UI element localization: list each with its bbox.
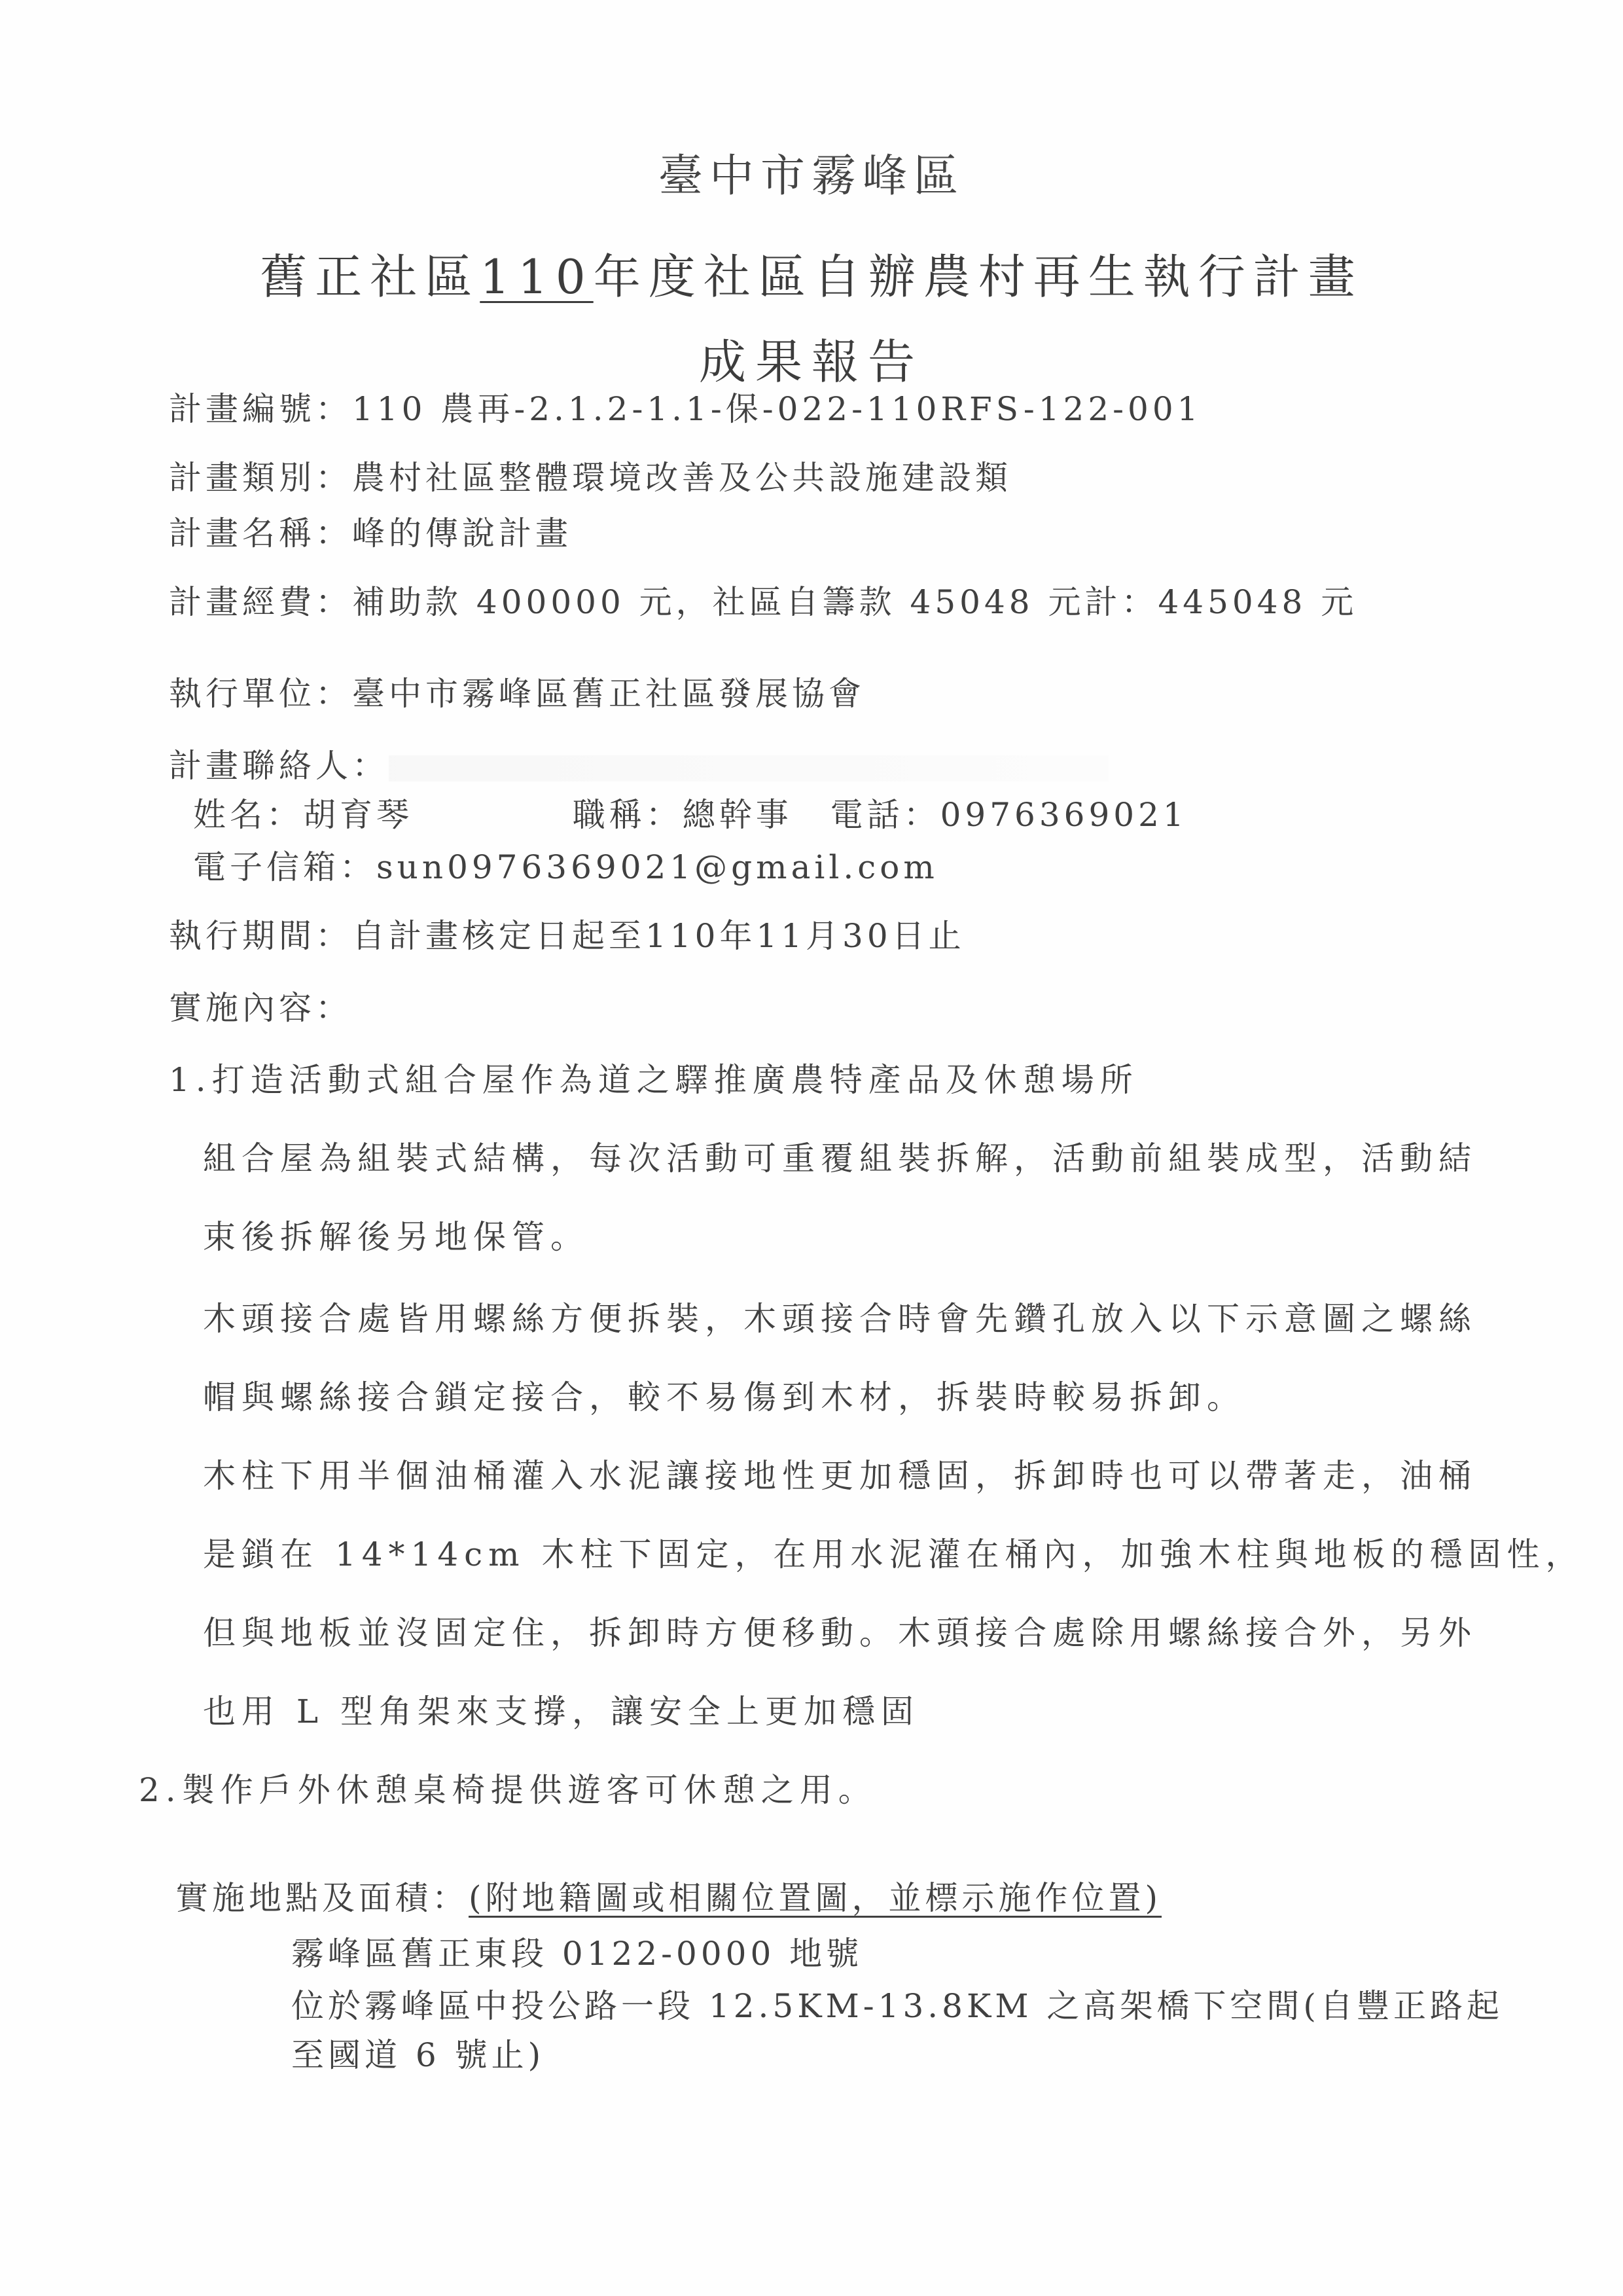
contact-email-label: 電子信箱：: [193, 848, 376, 886]
report-subtitle: 成果報告: [0, 324, 1623, 392]
contact-phone: 0976369021: [940, 796, 1188, 834]
field-plan-category: 計畫類別：農村社區整體環境改善及公共設施建設類: [169, 452, 1012, 499]
plan-budget-value: 補助款 400000 元，社區自籌款 45048 元計：445048 元: [352, 583, 1357, 621]
contact-name: 胡育琴: [303, 796, 413, 834]
redacted-area: [389, 755, 1109, 781]
contact-email-row: 電子信箱：sun0976369021@gmail.com: [193, 841, 938, 888]
location-line: 至國道 6 號止): [291, 2029, 544, 2076]
content-item-1-line: 帽與螺絲接合鎖定接合，較不易傷到木材，拆裝時較易拆卸。: [203, 1371, 1245, 1418]
location-heading: 實施地點及面積：(附地籍圖或相關位置圖，並標示施作位置): [175, 1872, 1162, 1919]
content-item-1-line: 是鎖在 14*14cm 木柱下固定，在用水泥灌在桶內，加強木柱與地板的穩固性，: [203, 1528, 1584, 1575]
title-year: 110: [480, 249, 593, 304]
plan-name-value: 峰的傳說計畫: [352, 514, 572, 552]
location-line: 霧峰區舊正東段 0122-0000 地號: [291, 1928, 863, 1975]
contact-label: 計畫聯絡人：: [169, 747, 389, 785]
plan-category-label: 計畫類別：: [169, 459, 352, 497]
content-item-1-heading: 1.打造活動式組合屋作為道之驛推廣農特產品及休憩場所: [169, 1054, 1139, 1101]
content-item-1-line: 組合屋為組裝式結構，每次活動可重覆組裝拆解，活動前組裝成型，活動結: [203, 1132, 1477, 1179]
contact-title-label: 職稱：: [573, 796, 683, 834]
location-label: 實施地點及面積：: [175, 1879, 469, 1917]
document-page: 臺中市霧峰區 舊正社區110年度社區自辦農村再生執行計畫 成果報告 計畫編號：1…: [0, 0, 1623, 2296]
field-plan-name: 計畫名稱：峰的傳說計畫: [169, 507, 572, 554]
contact-email: sun0976369021@gmail.com: [376, 848, 938, 886]
plan-category-value: 農村社區整體環境改善及公共設施建設類: [352, 459, 1012, 497]
content-item-1-line: 也用 L 型角架來支撐，讓安全上更加穩固: [203, 1685, 919, 1732]
field-executing-unit: 執行單位：臺中市霧峰區舊正社區發展協會: [169, 668, 865, 715]
location-line: 位於霧峰區中投公路一段 12.5KM-13.8KM 之高架橋下空間(自豐正路起: [291, 1980, 1503, 2027]
content-label: 實施內容：: [169, 982, 352, 1029]
content-item-1-line: 木頭接合處皆用螺絲方便拆裝，木頭接合時會先鑽孔放入以下示意圖之螺絲: [203, 1293, 1477, 1340]
content-item-2-heading: 2.製作戶外休憩桌椅提供遊客可休憩之用。: [139, 1764, 877, 1811]
field-contact: 計畫聯絡人：: [169, 740, 1109, 787]
plan-number-value: 110 農再-2.1.2-1.1-保-022-110RFS-122-001: [352, 390, 1202, 428]
content-item-1-line: 但與地板並沒固定住，拆卸時方便移動。木頭接合處除用螺絲接合外，另外: [203, 1607, 1477, 1654]
location-note: (附地籍圖或相關位置圖，並標示施作位置): [469, 1879, 1162, 1917]
field-period: 執行期間：自計畫核定日起至110年11月30日止: [169, 910, 965, 957]
plan-budget-label: 計畫經費：: [169, 583, 352, 621]
field-plan-budget: 計畫經費：補助款 400000 元，社區自籌款 45048 元計：445048 …: [169, 576, 1357, 623]
content-item-1-line: 束後拆解後另地保管。: [203, 1211, 589, 1258]
period-label: 執行期間：: [169, 917, 352, 955]
title-prefix: 舊正社區: [260, 249, 480, 304]
plan-name-label: 計畫名稱：: [169, 514, 352, 552]
contact-name-label: 姓名：: [193, 796, 303, 834]
plan-number-label: 計畫編號：: [169, 390, 352, 428]
content-item-1-line: 木柱下用半個油桶灌入水泥讓接地性更加穩固，拆卸時也可以帶著走，油桶: [203, 1450, 1477, 1497]
period-value: 自計畫核定日起至110年11月30日止: [352, 917, 965, 955]
contact-phone-label: 電話：: [830, 796, 940, 834]
district-heading: 臺中市霧峰區: [0, 141, 1623, 204]
field-plan-number: 計畫編號：110 農再-2.1.2-1.1-保-022-110RFS-122-0…: [169, 383, 1202, 430]
title-suffix: 年度社區自辦農村再生執行計畫: [594, 249, 1363, 304]
contact-title: 總幹事: [683, 796, 793, 834]
executing-unit-label: 執行單位：: [169, 675, 352, 713]
contact-details: 姓名：胡育琴 職稱：總幹事 電話：0976369021: [193, 789, 1188, 836]
report-title: 舊正社區110年度社區自辦農村再生執行計畫: [0, 239, 1623, 307]
executing-unit-value: 臺中市霧峰區舊正社區發展協會: [352, 675, 865, 713]
